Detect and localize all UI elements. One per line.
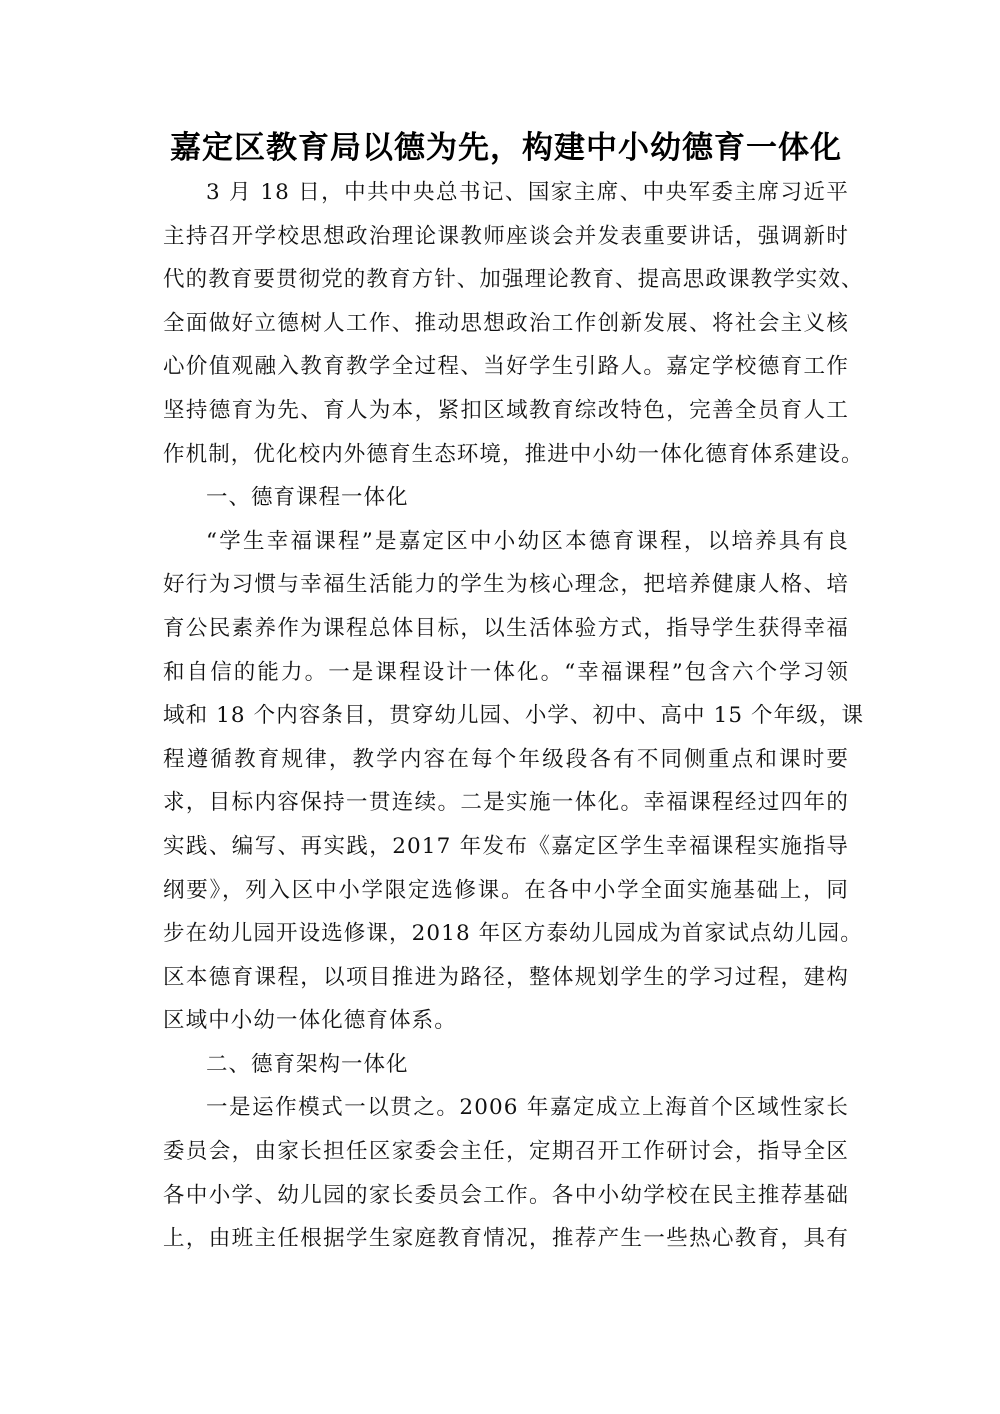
run-in-heading: 二是实施一体化。 (460, 790, 643, 815)
document-title: 嘉定区教育局以德为先，构建中小幼德育一体化 (153, 125, 859, 171)
text-line: 育公民素养作为课程总体目标，以生活体验方式，指导学生获得幸福 (163, 607, 849, 651)
section2-paragraph: 一是运作模式一以贯之。2006 年嘉定成立上海首个区域性家长 委员会，由家长担任… (163, 1086, 849, 1260)
intro-paragraph: 3 月 18 日，中共中央总书记、国家主席、中央军委主席习近平 主持召开学校思想… (163, 171, 849, 476)
text-segment: 求，目标内容保持一贯连续。 (163, 790, 460, 815)
text-line: 步在幼儿园开设选修课，2018 年区方泰幼儿园成为首家试点幼儿园。 (163, 912, 849, 956)
text-line: 代的教育要贯彻党的教育方针、加强理论教育、提高思政课教学实效、 (163, 258, 849, 302)
text-line: 程遵循教育规律，教学内容在每个年级段各有不同侧重点和课时要 (163, 738, 849, 782)
text-line: 一是运作模式一以贯之。2006 年嘉定成立上海首个区域性家长 (163, 1086, 849, 1130)
run-in-heading: 一是运作模式一以贯之。 (206, 1095, 459, 1120)
text-line: 心价值观融入教育教学全过程、当好学生引路人。嘉定学校德育工作 (163, 345, 849, 389)
text-segment: 和自信的能力。 (163, 660, 328, 685)
text-line: 主持召开学校思想政治理论课教师座谈会并发表重要讲话，强调新时 (163, 215, 849, 259)
section1-paragraph: “学生幸福课程”是嘉定区中小幼区本德育课程，以培养具有良 好行为习惯与幸福生活能… (163, 520, 849, 1043)
text-line: 求，目标内容保持一贯连续。二是实施一体化。幸福课程经过四年的 (163, 781, 849, 825)
text-segment: 幸福课程经过四年的 (643, 790, 849, 815)
text-line: 各中小学、幼儿园的家长委员会工作。各中小幼学校在民主推荐基础 (163, 1174, 849, 1218)
text-line: 上，由班主任根据学生家庭教育情况，推荐产生一些热心教育，具有 (163, 1217, 849, 1261)
section-heading-1: 一、德育课程一体化 (163, 476, 849, 520)
text-line: “学生幸福课程”是嘉定区中小幼区本德育课程，以培养具有良 (163, 520, 849, 564)
text-line: 坚持德育为先、育人为本，紧扣区域教育综改特色，完善全员育人工 (163, 389, 849, 433)
text-line: 区本德育课程，以项目推进为路径，整体规划学生的学习过程，建构 (163, 956, 849, 1000)
text-segment: 2006 年嘉定成立上海首个区域性家长 (459, 1095, 849, 1120)
section-heading-2: 二、德育架构一体化 (163, 1043, 849, 1087)
text-line: 好行为习惯与幸福生活能力的学生为核心理念，把培养健康人格、培 (163, 563, 849, 607)
text-line: 和自信的能力。一是课程设计一体化。“幸福课程”包含六个学习领 (163, 651, 849, 695)
text-line: 实践、编写、再实践，2017 年发布《嘉定区学生幸福课程实施指导 (163, 825, 849, 869)
text-line: 3 月 18 日，中共中央总书记、国家主席、中央军委主席习近平 (163, 171, 849, 215)
document-page: 嘉定区教育局以德为先，构建中小幼德育一体化 3 月 18 日，中共中央总书记、国… (163, 125, 849, 1261)
text-line: 纲要》，列入区中小学限定选修课。在各中小学全面实施基础上，同 (163, 869, 849, 913)
run-in-heading: 一是课程设计一体化。 (328, 660, 564, 685)
text-line: 全面做好立德树人工作、推动思想政治工作创新发展、将社会主义核 (163, 302, 849, 346)
text-line: 作机制，优化校内外德育生态环境，推进中小幼一体化德育体系建设。 (163, 433, 849, 477)
text-line: 区域中小幼一体化德育体系。 (163, 999, 849, 1043)
text-line: 委员会，由家长担任区家委会主任，定期召开工作研讨会，指导全区 (163, 1130, 849, 1174)
text-segment: “幸福课程”包含六个学习领 (564, 660, 849, 685)
text-line: 域和 18 个内容条目，贯穿幼儿园、小学、初中、高中 15 个年级，课 (163, 694, 849, 738)
